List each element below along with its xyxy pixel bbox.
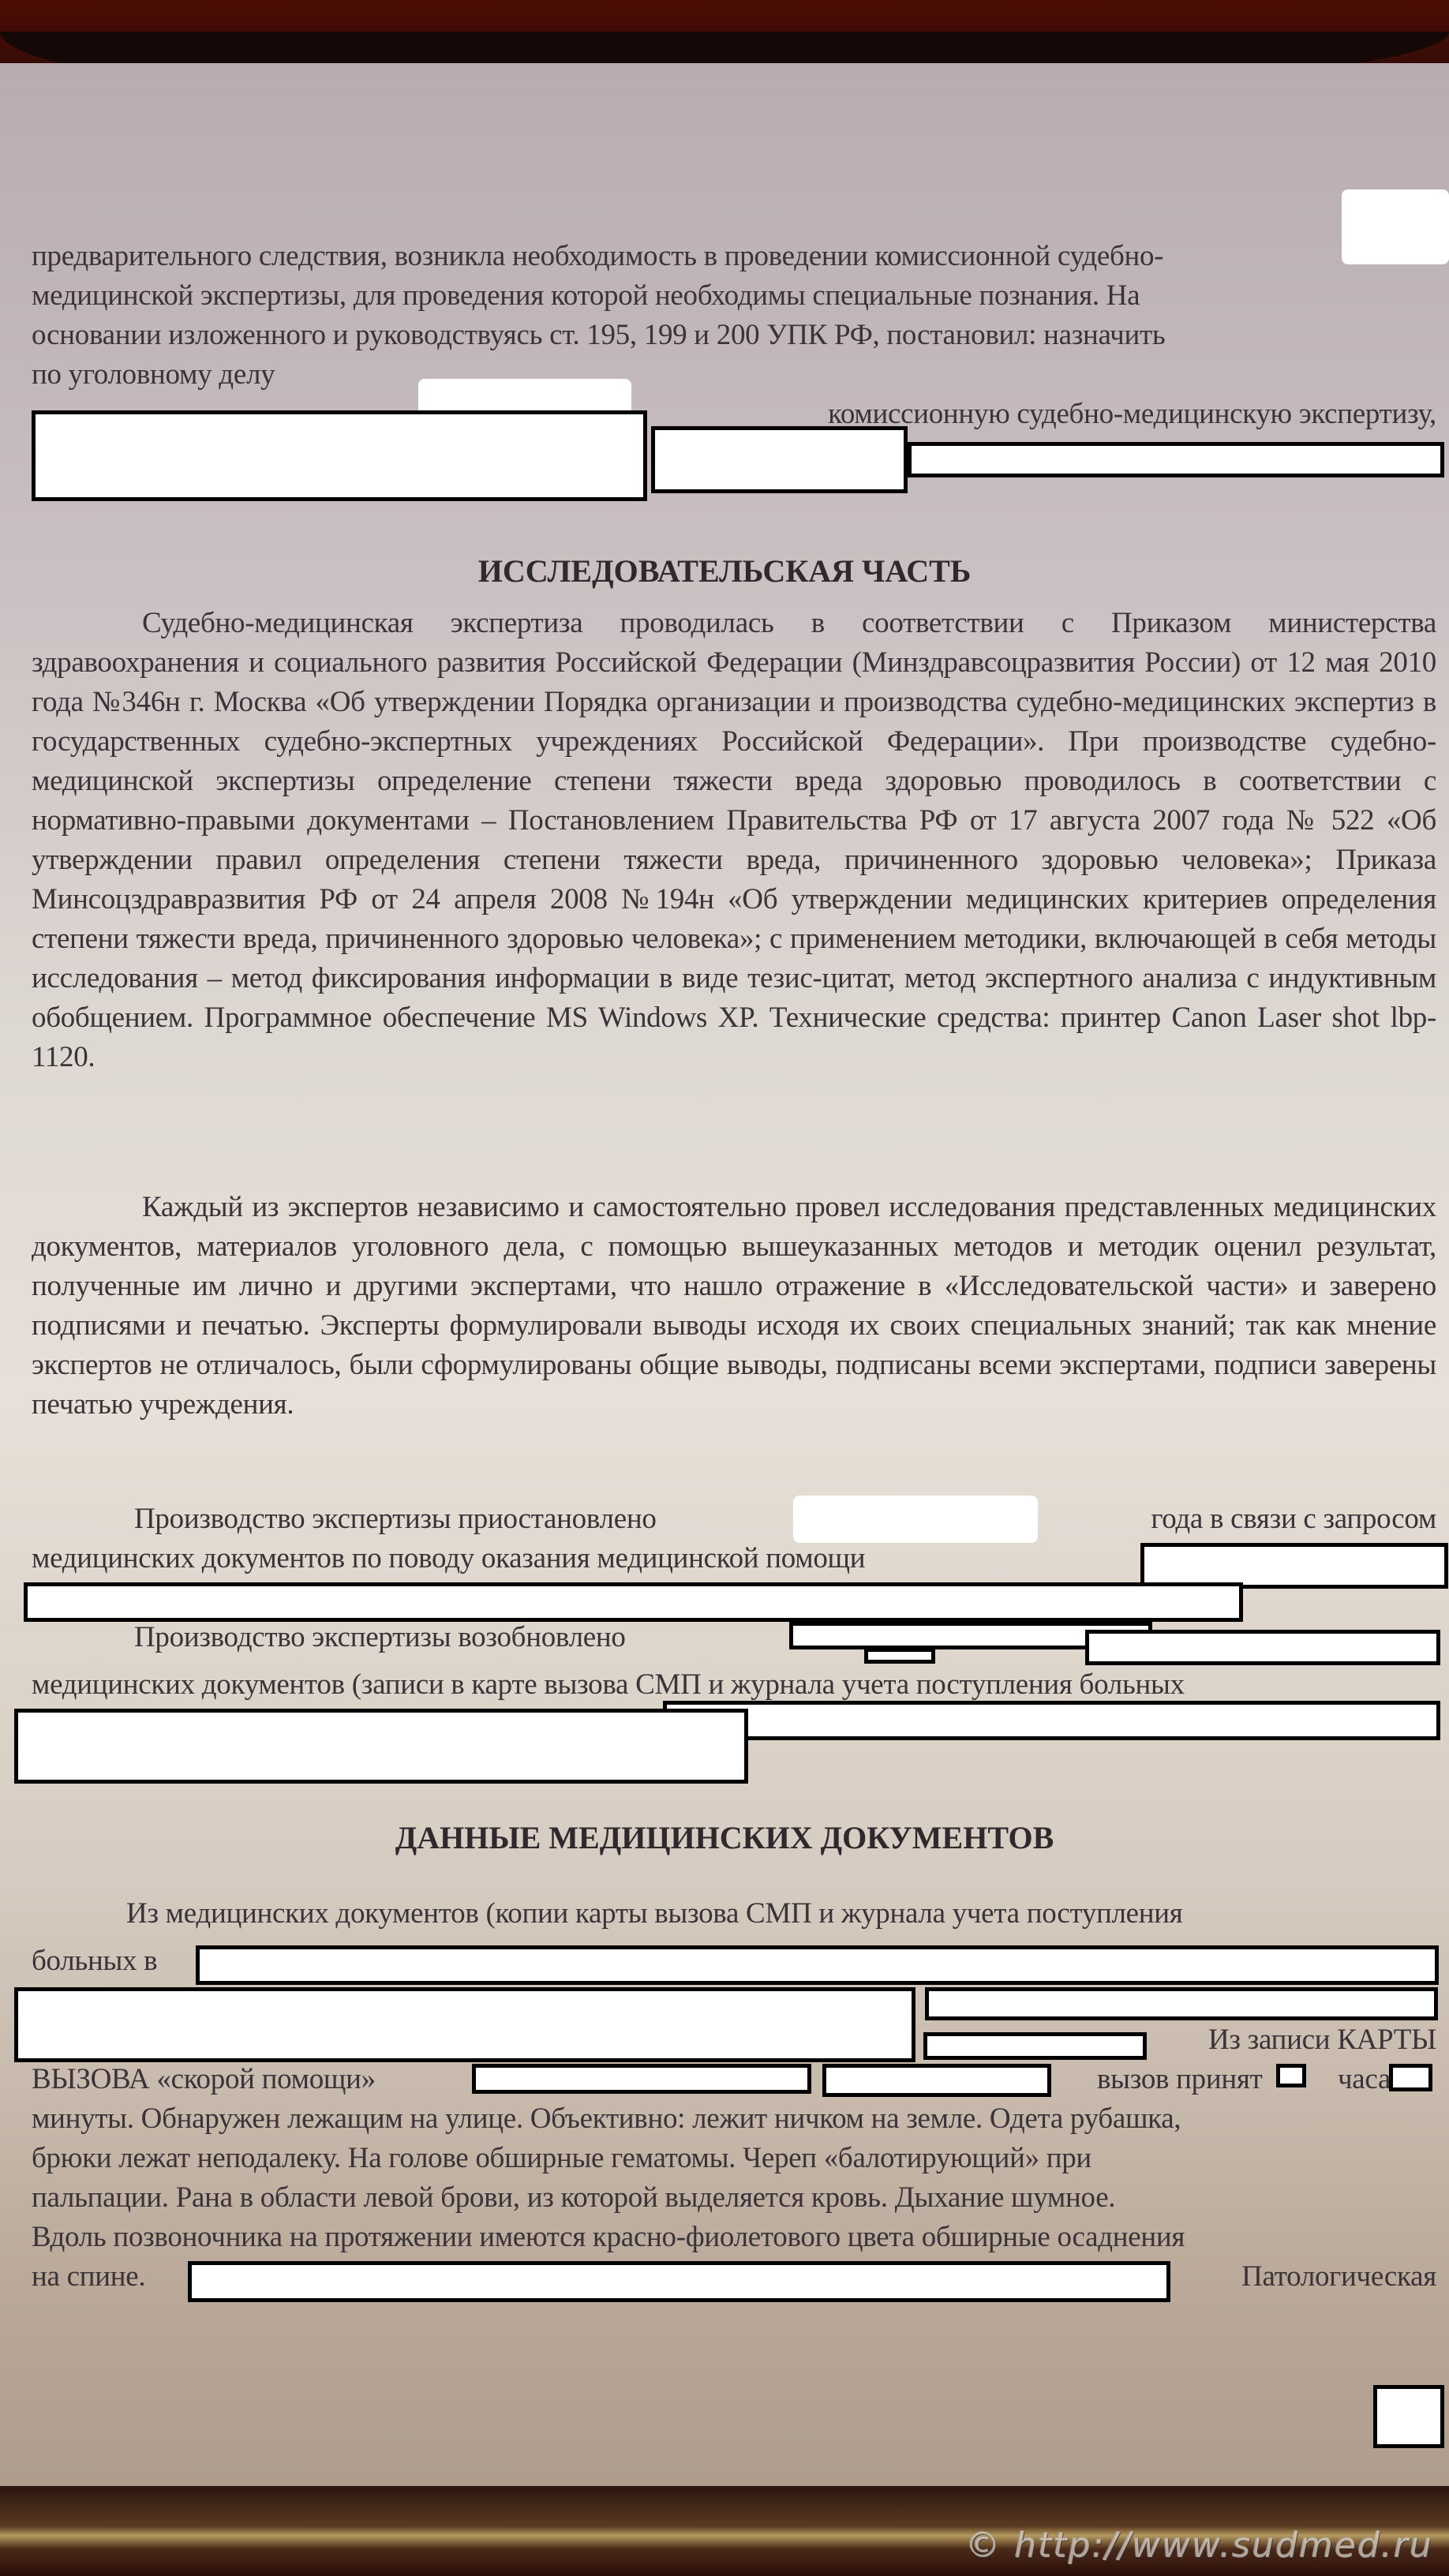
redaction-box [663,1701,1440,1740]
medical-body-line: Вдоль позвоночника на протяжении имеются… [32,2218,1436,2257]
medical-text-2: больных в [32,1945,157,1977]
suspended-line-1: Производство экспертизы приостановлено г… [32,1500,1436,1539]
medical-text-1: Из медицинских документов (копии карты в… [126,1897,1183,1930]
section-title-medical-docs: ДАННЫЕ МЕДИЦИНСКИХ ДОКУМЕНТОВ [0,1819,1449,1856]
intro-expertise-text: комиссионную судебно-медицинскую эксперт… [828,398,1436,430]
intro-case-label: по уголовному делу [32,358,275,391]
redaction-box [14,1709,748,1784]
medical-body: минуты. Обнаружен лежащим на улице. Объе… [32,2099,1436,2257]
redaction-box [196,1945,1439,1985]
medical-body-line: минуты. Обнаружен лежащим на улице. Объе… [32,2099,1436,2139]
medical-text-4a: ВЫЗОВА «скорой помощи» [32,2063,376,2095]
medical-line-3: Из записи КАРТЫ [32,2020,1436,2060]
resumed-text-a: Производство экспертизы возобновлено [134,1621,626,1653]
watermark: © http://www.sudmed.ru [966,2525,1433,2566]
resumed-line-2: медицинских документов (записи в карте в… [32,1665,1436,1705]
redaction-box [1373,2385,1444,2448]
intro-line: предварительного следствия, возникла нео… [32,237,1436,276]
redaction-box [1389,2064,1432,2091]
redaction-box [472,2064,811,2094]
intro-line: основании изложенного и руководствуясь с… [32,316,1436,355]
redaction-box [188,2261,1170,2302]
suspended-text-b: года в связи с запросом [1151,1500,1436,1539]
medical-last-b: Патологическая [1241,2257,1436,2297]
redaction-box [822,2064,1051,2097]
redaction-box [925,1987,1438,2020]
section-title-research: ИССЛЕДОВАТЕЛЬСКАЯ ЧАСТЬ [0,552,1449,590]
medical-body-line: пальпации. Рана в области левой брови, и… [32,2178,1436,2218]
intro-line-case: по уголовному делу [32,355,1436,395]
medical-last-a: на спине. [32,2260,145,2293]
suspended-text-c: медицинских документов по поводу оказани… [32,1542,865,1574]
medical-text-4b: вызов принят [1097,2060,1262,2099]
redaction-box [24,1582,1243,1622]
redaction-box [908,442,1444,477]
resumed-text-b: медицинских документов (записи в карте в… [32,1668,1185,1701]
intro-line: медицинской экспертизы, для проведения к… [32,276,1436,316]
intro-paragraph: предварительного следствия, возникла нео… [32,237,1436,355]
redaction-box [1085,1630,1440,1665]
redaction-blob [793,1496,1038,1543]
redaction-box [864,1648,935,1664]
redaction-box [651,426,908,493]
medical-text-3: Из записи КАРТЫ [1208,2024,1436,2056]
medical-body-line: брюки лежат неподалеку. На голове обширн… [32,2139,1436,2178]
redaction-box [32,410,647,501]
medical-text-4c: часа [1338,2060,1391,2099]
medical-line-1: Из медицинских документов (копии карты в… [32,1894,1436,1934]
research-paragraph-2: Каждый из экспертов независимо и самосто… [32,1188,1436,1425]
suspended-text-a: Производство экспертизы приостановлено [134,1503,657,1535]
redaction-box [1276,2064,1306,2087]
research-paragraph-1: Судебно-медицинская экспертиза проводила… [32,604,1436,1077]
